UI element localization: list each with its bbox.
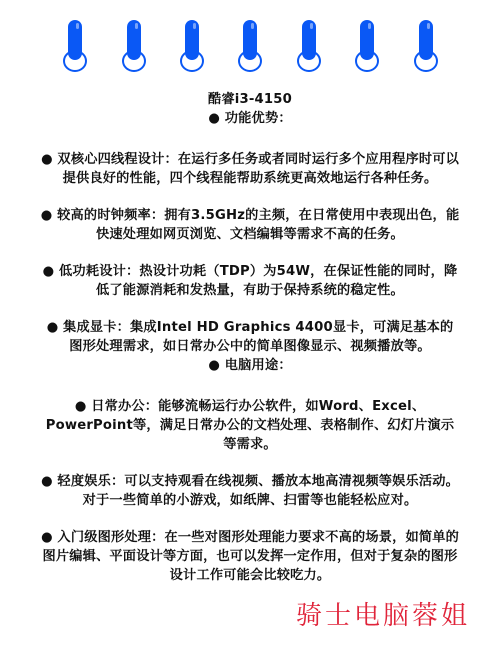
binder-rings	[0, 0, 500, 80]
watermark: 骑士电脑蓉姐	[296, 595, 470, 632]
section-heading-advantages: ● 功能优势：	[40, 109, 460, 128]
section-heading-usage: ● 电脑用途：	[40, 356, 460, 375]
binder-ring-icon	[413, 20, 439, 72]
binder-ring-icon	[354, 20, 380, 72]
list-item: ● 入门级图形处理：在一些对图形处理能力要求不高的场景，如简单的图片编辑、平面设…	[40, 528, 460, 585]
list-item: ● 集成显卡：集成Intel HD Graphics 4400显卡，可满足基本的…	[40, 318, 460, 356]
list-item: ● 日常办公：能够流畅运行办公软件，如Word、Excel、PowerPoint…	[40, 397, 460, 454]
binder-ring-icon	[237, 20, 263, 72]
binder-ring-icon	[62, 20, 88, 72]
list-item: ● 轻度娱乐：可以支持观看在线视频、播放本地高清视频等娱乐活动。对于一些简单的小…	[40, 472, 460, 510]
document-title: 酷睿i3-4150	[40, 90, 460, 109]
document-body: 酷睿i3-4150 ● 功能优势： ● 双核心四线程设计：在运行多任务或者同时运…	[40, 90, 460, 585]
binder-ring-icon	[121, 20, 147, 72]
list-item: ● 低功耗设计：热设计功耗（TDP）为54W，在保证性能的同时，降低了能源消耗和…	[40, 262, 460, 300]
binder-ring-icon	[179, 20, 205, 72]
binder-ring-icon	[296, 20, 322, 72]
list-item: ● 双核心四线程设计：在运行多任务或者同时运行多个应用程序时可以提供良好的性能，…	[40, 150, 460, 188]
list-item: ● 较高的时钟频率：拥有3.5GHz的主频，在日常使用中表现出色，能快速处理如网…	[40, 206, 460, 244]
